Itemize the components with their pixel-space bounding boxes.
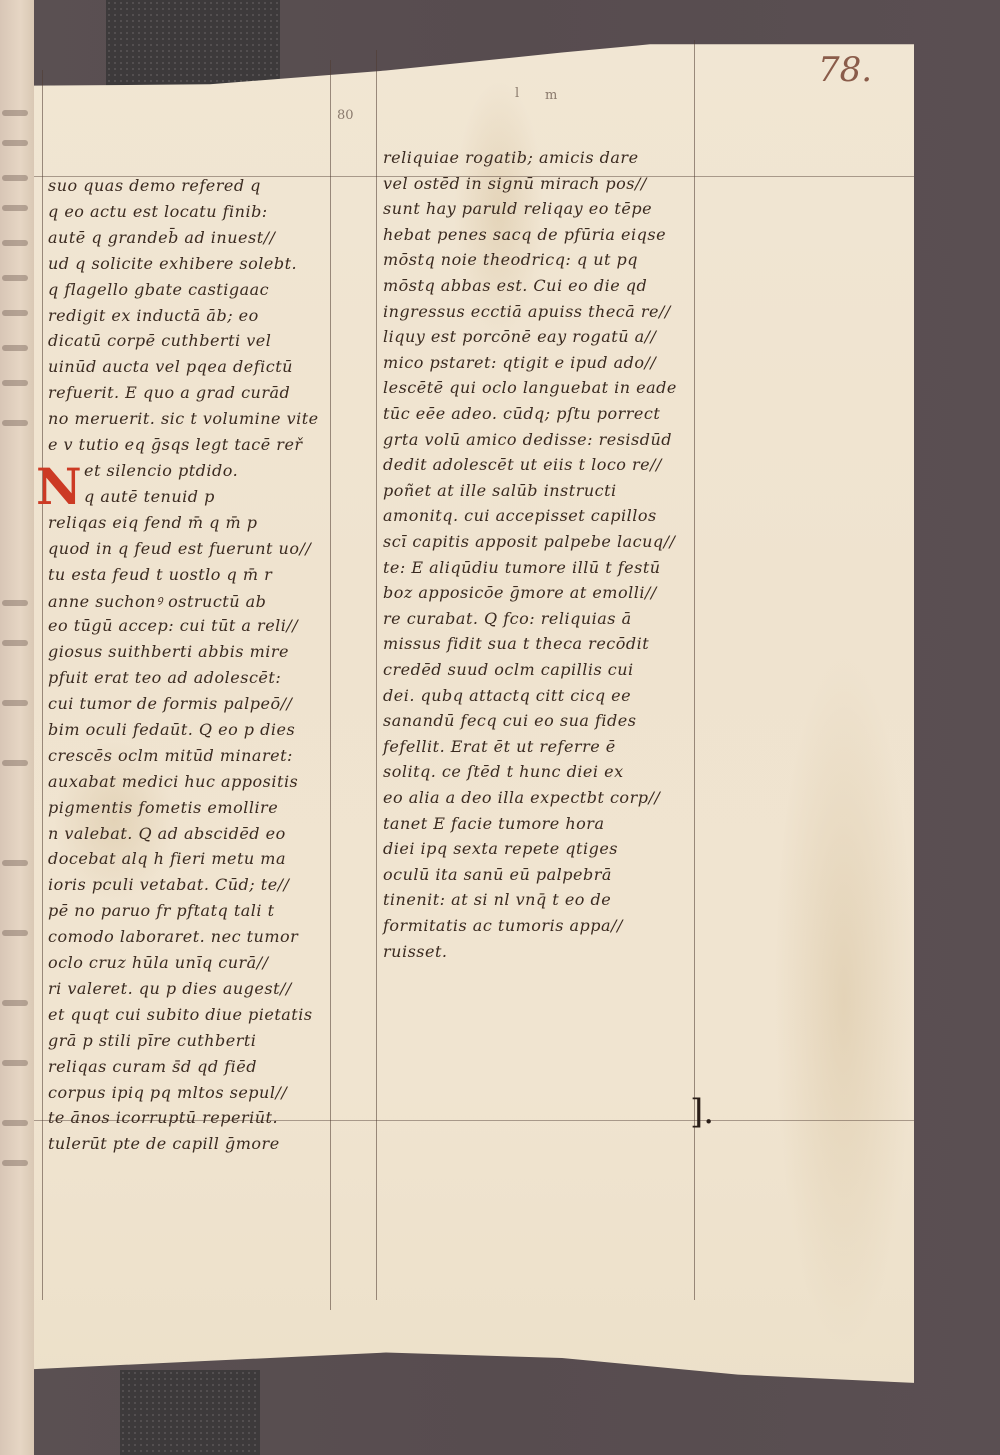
ruling-col1-right	[330, 60, 331, 1310]
rubricated-initial: N	[36, 462, 82, 512]
manuscript-line: tu esta feud t uostlo q m̄ r	[48, 565, 272, 584]
manuscript-line: diei ipq sexta repete qtiges	[383, 839, 618, 858]
manuscript-line: oculū ita sanū eū palpebrā	[383, 865, 612, 884]
manuscript-line: comodo laboraret. nec tumor	[48, 927, 298, 946]
manuscript-line: giosus suithberti abbis mire	[48, 642, 289, 661]
manuscript-line: tinenit: at si nl vnq̄ t eo de	[383, 890, 611, 909]
facing-leaf-edge	[0, 0, 34, 1455]
manuscript-line: pigmentis fometis emollire	[48, 798, 278, 817]
ruling-left	[42, 70, 43, 1300]
manuscript-line: dedit adolescēt ut eiis t loco re//	[383, 455, 662, 474]
manuscript-line: formitatis ac tumoris appa//	[383, 916, 623, 935]
manuscript-line: re curabat. Q fco: reliquias ā	[383, 609, 632, 628]
manuscript-line: poñet at ille salūb instructi	[383, 481, 617, 500]
manuscript-line: eo alia a deo illa expectbt corp//	[383, 788, 660, 807]
manuscript-line: credēd suud oclm capillis cui	[383, 660, 634, 679]
manuscript-line: hebat penes sacq de pfūria eiqse	[383, 225, 666, 244]
manuscript-line: liquy est porcōnē eay rogatū a//	[383, 327, 656, 346]
manuscript-line: amonitq. cui accepisset capillos	[383, 506, 657, 525]
manuscript-line: boz apposicōe ḡmore at emolli//	[383, 583, 657, 602]
manuscript-line: suo quas demo refered q	[48, 176, 261, 195]
manuscript-line: grta volū amico dedisse: resisdūd	[383, 430, 672, 449]
manuscript-line: e v tutio eq ḡsqs legt tacē reř	[48, 435, 303, 454]
manuscript-line: grā p stili pīre cuthberti	[48, 1031, 256, 1050]
manuscript-line: reliqas eiq fend m̄ q m̄ p	[48, 513, 257, 532]
manuscript-line: mico pstaret: qtigit e ipud ado//	[383, 353, 656, 372]
manuscript-line: sunt hay paruld reliqay eo tēpe	[383, 199, 652, 218]
manuscript-line: cui tumor de formis palpeō//	[48, 694, 292, 713]
manuscript-line: uinūd aucta vel pqea defictū	[48, 357, 293, 376]
manuscript-line: te: E aliqūdiu tumore illū t festū	[383, 558, 661, 577]
manuscript-line: mōstq noie theodricq: q ut pq	[383, 250, 638, 269]
manuscript-line: ud q solicite exhibere solebt.	[48, 254, 297, 273]
manuscript-line: et quqt cui subito diue pietatis	[48, 1005, 313, 1024]
manuscript-line: oclo cruz hūla unīq curā//	[48, 953, 269, 972]
manuscript-line: mōstq abbas est. Cui eo die qd	[383, 276, 647, 295]
manuscript-line: quod in q feud est fuerunt uo//	[48, 539, 311, 558]
manuscript-line: reliqas curam s̄d qd fiēd	[48, 1057, 257, 1076]
manuscript-line: tanet E facie tumore hora	[383, 814, 604, 833]
manuscript-line: solitq. ce ſtēd t hunc diei ex	[383, 762, 624, 781]
manuscript-line: ioris pculi vetabat. Cūd; te//	[48, 875, 289, 894]
manuscript-line: auxabat medici huc appositis	[48, 772, 298, 791]
manuscript-line: dei. qubq attactq citt cicq ee	[383, 686, 631, 705]
manuscript-line: te ānos icorruptū reperiūt.	[48, 1108, 278, 1127]
manuscript-line: lescētē qui oclo languebat in eade	[383, 378, 677, 397]
manuscript-line: refuerit. E quo a grad curād	[48, 383, 290, 402]
manuscript-line: q eo actu est locatu finib:	[48, 202, 268, 221]
manuscript-line: et silencio ptdido.	[84, 461, 238, 480]
manuscript-line: redigit ex inductā āb; eo	[48, 306, 259, 325]
margin-note: 80	[337, 108, 354, 123]
margin-note: m	[545, 88, 557, 103]
manuscript-line: no meruerit. sic t volumine vite	[48, 409, 319, 428]
margin-note: l	[515, 86, 519, 101]
manuscript-line: tulerūt pte de capill ḡmore	[48, 1134, 280, 1153]
manuscript-line: crescēs oclm mitūd minaret:	[48, 746, 293, 765]
manuscript-line: fefellit. Erat ēt ut referre ē	[383, 737, 616, 756]
manuscript-line: autē q grandeb̄ ad inuest//	[48, 228, 275, 247]
manuscript-line: eo tūgū accep: cui tūt a reli//	[48, 616, 298, 635]
ruling-col2-left	[376, 50, 377, 1300]
manuscript-line: tūc eēe adeo. cūdq; pſtu porrect	[383, 404, 660, 423]
manuscript-line: reliquiae rogatib; amicis dare	[383, 148, 639, 167]
manuscript-line: pfuit erat teo ad adolescēt:	[48, 668, 281, 687]
manuscript-line: q autē tenuid p	[84, 487, 215, 506]
manuscript-line: dicatū corpē cuthberti vel	[48, 331, 271, 350]
manuscript-line: ri valeret. qu p dies augest//	[48, 979, 292, 998]
manuscript-line: ruisset.	[383, 942, 447, 961]
manuscript-line: ingressus ecctiā apuiss thecā re//	[383, 302, 671, 321]
manuscript-line: docebat alq h fieri metu ma	[48, 849, 286, 868]
manuscript-line: anne suchonꝰ ostructū ab	[48, 590, 266, 612]
manuscript-line: bim oculi fedaūt. Q eo p dies	[48, 720, 295, 739]
manuscript-line: scī capitis apposit palpebe lacuq//	[383, 532, 675, 551]
manuscript-line: vel ostēd in signū mirach pos//	[383, 174, 647, 193]
manuscript-line: q flagello gbate castigaac	[48, 280, 269, 299]
manuscript-line: n valebat. Q ad abscidēd eo	[48, 824, 286, 843]
manuscript-line: sanandū fecq cui eo sua fides	[383, 711, 636, 730]
manuscript-line: corpus ipiq pq mltos sepul//	[48, 1083, 287, 1102]
manuscript-line: missus fidit sua t theca recōdit	[383, 634, 649, 653]
folio-number: 78.	[818, 50, 872, 90]
manuscript-line: pē no paruo fr pftatq tali t	[48, 901, 275, 920]
end-mark: ].	[690, 1092, 714, 1132]
